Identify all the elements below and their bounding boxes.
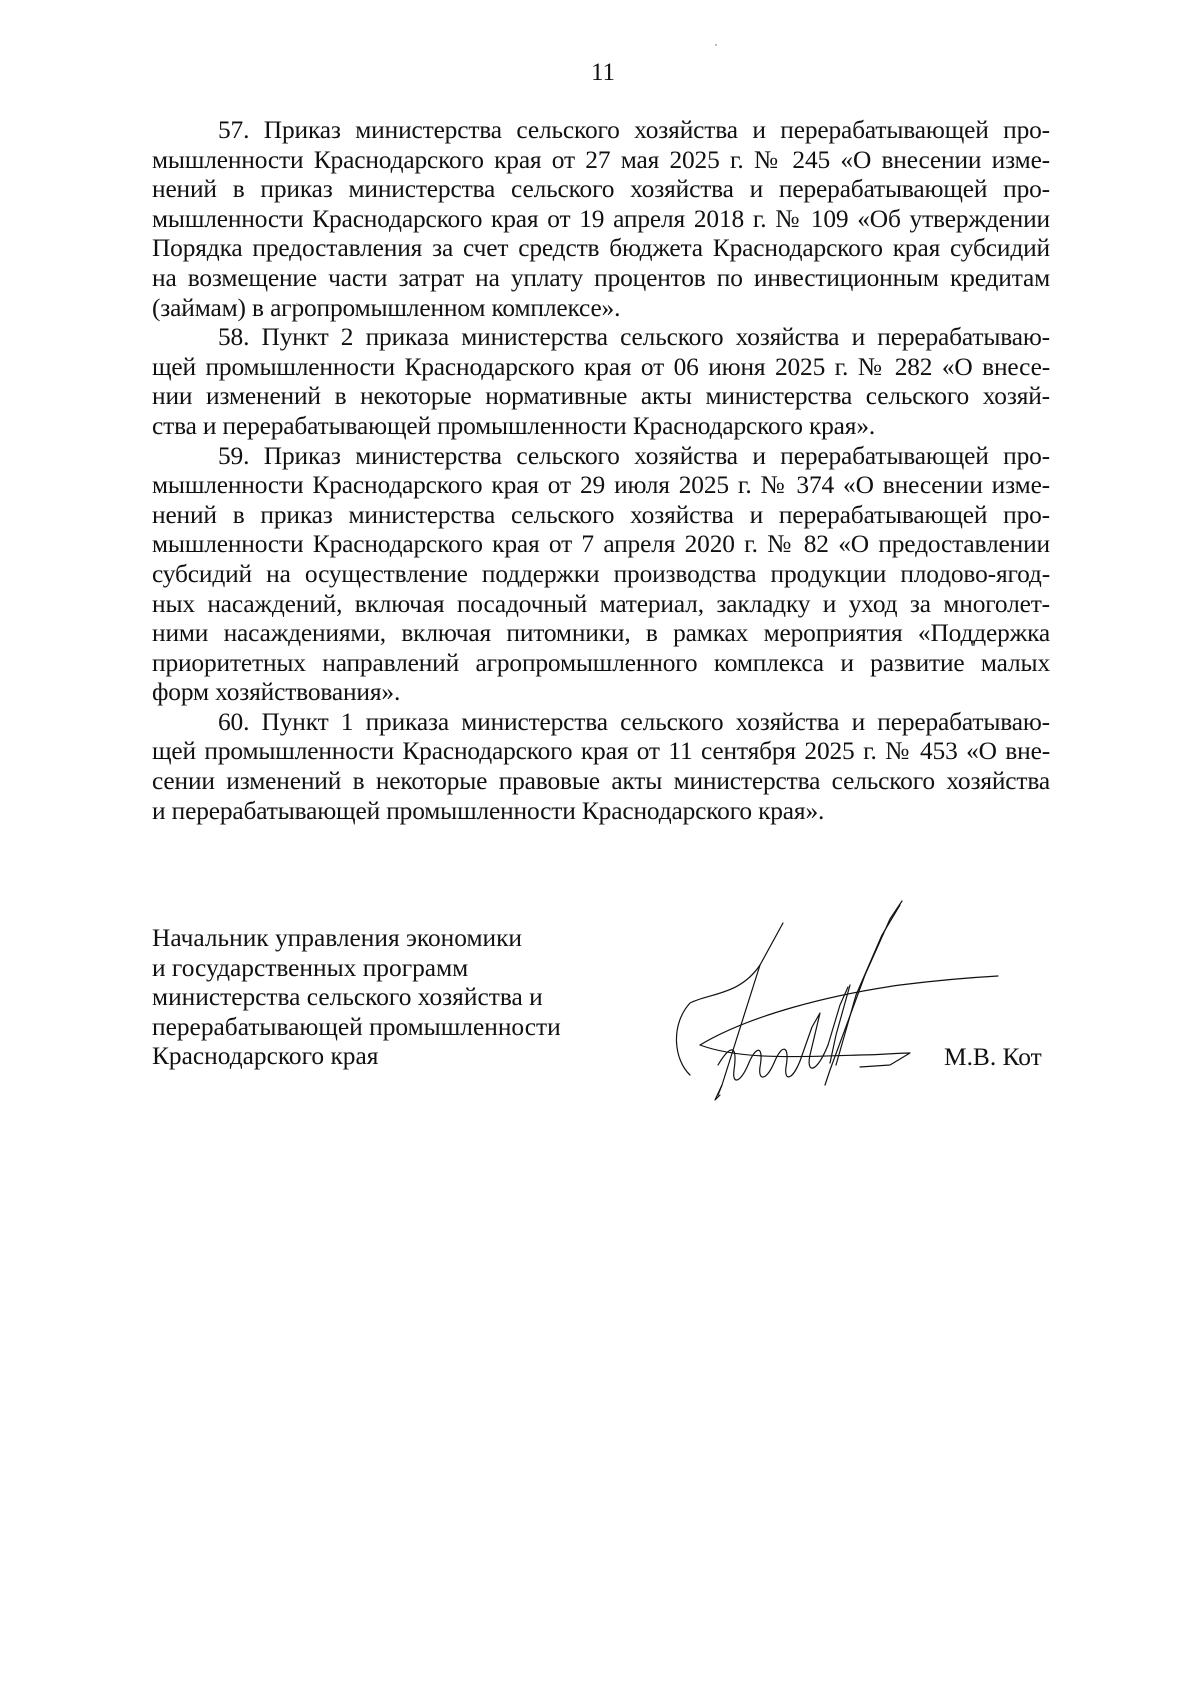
signatory-title: Начальник управления экономики и государ… xyxy=(152,924,561,1072)
handwritten-signature-icon xyxy=(660,895,1000,1105)
text-line: нений в приказ министерства сельского хо… xyxy=(152,501,1050,531)
text-line: 58. Пункт 2 приказа министерства сельско… xyxy=(152,323,1050,353)
text-line: нений в приказ министерства сельского хо… xyxy=(152,175,1050,205)
page-number: 11 xyxy=(0,58,1200,88)
text-line: мышленности Краснодарского края от 7 апр… xyxy=(152,530,1050,560)
text-line: щей промышленности Краснодарского края о… xyxy=(152,737,1050,767)
text-line: 59. Приказ министерства сельского хозяйс… xyxy=(152,442,1050,472)
text-line: ними насаждениями, включая питомники, в … xyxy=(152,619,1050,649)
text-line: щей промышленности Краснодарского края о… xyxy=(152,353,1050,383)
text-line: и перерабатывающей промышленности Красно… xyxy=(152,797,1050,827)
text-line: ных насаждений, включая посадочный матер… xyxy=(152,590,1050,620)
list-item-59: 59. Приказ министерства сельского хозяйс… xyxy=(152,442,1050,708)
text-line: мышленности Краснодарского края от 27 ма… xyxy=(152,146,1050,176)
list-item-60: 60. Пункт 1 приказа министерства сельско… xyxy=(152,708,1050,826)
list-item-57: 57. Приказ министерства сельского хозяйс… xyxy=(152,116,1050,323)
signatory-title-line: Начальник управления экономики xyxy=(152,924,561,954)
scan-artifact xyxy=(181,313,183,315)
document-body: 57. Приказ министерства сельского хозяйс… xyxy=(152,116,1050,826)
signatory-title-line: Краснодарского края xyxy=(152,1042,561,1072)
signatory-title-line: министерства сельского хозяйства и xyxy=(152,983,561,1013)
signatory-name: М.В. Кот xyxy=(944,1043,1042,1073)
scan-artifact xyxy=(296,303,298,305)
text-line: мышленности Краснодарского края от 19 ап… xyxy=(152,205,1050,235)
text-line: ства и перерабатывающей промышленности К… xyxy=(152,412,1050,442)
text-line: субсидий на осуществление поддержки прои… xyxy=(152,560,1050,590)
text-line: (займам) в агропромышленном комплексе». xyxy=(152,294,1050,324)
document-page: 11 57. Приказ министерства сельского хоз… xyxy=(0,0,1200,1693)
text-line: форм хозяйствования». xyxy=(152,678,1050,708)
text-line: на возмещение части затрат на уплату про… xyxy=(152,264,1050,294)
text-line: мышленности Краснодарского края от 29 ию… xyxy=(152,471,1050,501)
signatory-title-line: перерабатывающей промышленности xyxy=(152,1013,561,1043)
text-line: Порядка предоставления за счет средств б… xyxy=(152,234,1050,264)
list-item-58: 58. Пункт 2 приказа министерства сельско… xyxy=(152,323,1050,441)
text-line: 60. Пункт 1 приказа министерства сельско… xyxy=(152,708,1050,738)
scan-artifact xyxy=(715,44,717,46)
text-line: 57. Приказ министерства сельского хозяйс… xyxy=(152,116,1050,146)
text-line: нии изменений в некоторые нормативные ак… xyxy=(152,382,1050,412)
signatory-title-line: и государственных программ xyxy=(152,954,561,984)
text-line: сении изменений в некоторые правовые акт… xyxy=(152,767,1050,797)
text-line: приоритетных направлений агропромышленно… xyxy=(152,649,1050,679)
